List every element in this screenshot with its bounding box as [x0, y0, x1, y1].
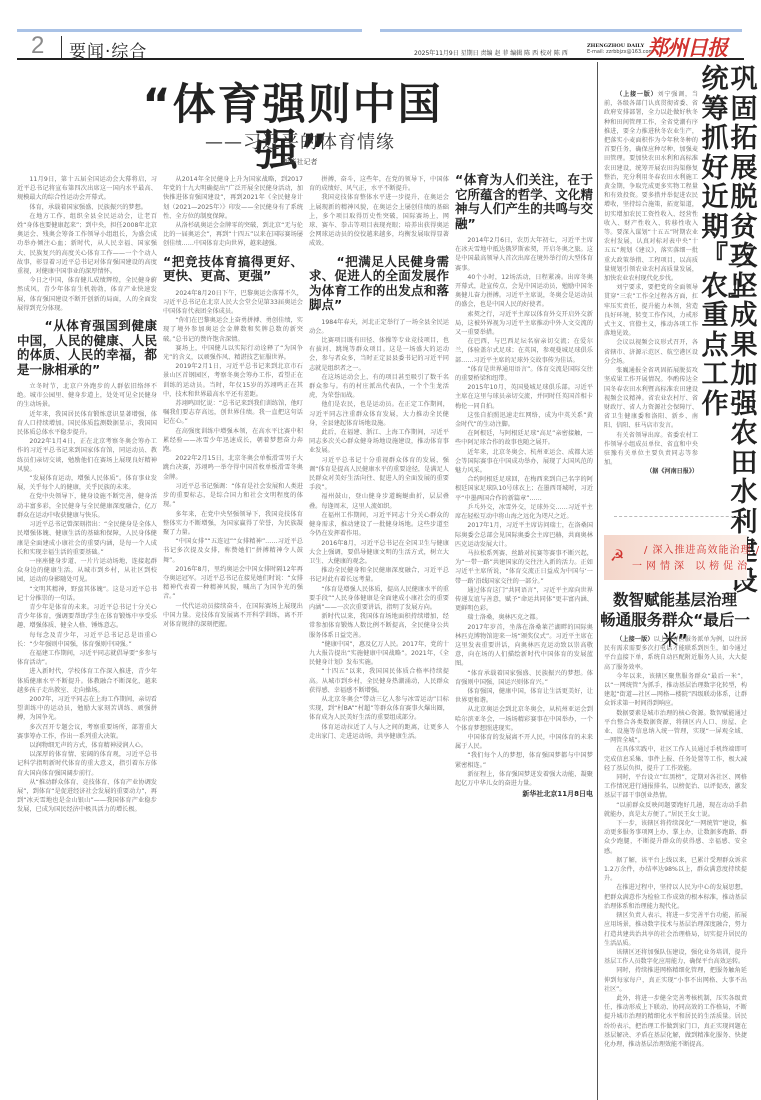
paragraph: 合约阿根廷足球回，在梅西来到自己名字的阿根廷国家足球队10号球衣上；在墨西哥城时…	[455, 475, 593, 503]
page-header: 2 要闻·综合 2025年11月9日 星期日 责编 赵 菲 编辑 陈 西 校对 …	[17, 34, 744, 56]
paragraph: 体育，承载着国家强盛、民族振兴的梦想。	[17, 203, 157, 212]
paragraph: 下一步，该辖区将持续深化“一网统管”建设，推动更多服务事项网上办、掌上办，让数据…	[604, 819, 747, 856]
paragraph: 在福建工作期间，习近平同志就倡导要“多参与体育活动”。	[17, 649, 157, 667]
paragraph: 新时代以来，我国体育场地面积持续增加，经常参加体育锻炼人数比例不断提高，全民健身…	[309, 612, 449, 640]
paragraph: 2016年8月，习近平总书记在全国卫生与健康大会上强调，要倡导健康文明的生活方式…	[309, 539, 449, 567]
paragraph: “十四五”以来，我国国民体质合格率持续提高。从城市到乡村，全民健身热潮涌动，人民…	[309, 667, 449, 695]
article-column-2: 从2014年全民健身上升为国家战略，到2017年党的十九大明确提出“广泛开展全民…	[163, 175, 303, 1075]
header-bottom-rule	[17, 58, 744, 60]
paragraph: “中国女排”“五连冠”“女排精神”……习近平总书记多次提及女排，称赞她们“拼搏精…	[163, 537, 303, 565]
paragraph: “你们在巴黎奥运会上奋勇拼搏、勇创佳绩，实现了境外参加奥运会金牌数和奖牌总数的新…	[163, 316, 303, 344]
paragraph: 11月9日，第十五届全国运动会大幕将启，习近平总书记将宣布第四次出席这一国内水平…	[17, 175, 157, 203]
right-article-body: （上接一版）刘宁强调，当前，各级各部门认真贯彻省委、省政府安排部署，全力以赴做好…	[604, 90, 698, 477]
paragraph: 比赛项目既有田径、体操等专业竞技项目，也有拔河、跳绳等群众项目。这是一场盛大的运…	[309, 336, 449, 373]
paragraph: 2017年岁首，坐落在洛桑莱芒湖畔的国际奥林匹克博物馆迎来一场“颁奖仪式”。习近…	[455, 623, 593, 669]
section-subhead: “体育为人们关注，在于它所蕴含的哲学、文化精神与人们产生的共鸣与交融”	[455, 173, 593, 231]
paragraph: 多次召开专题会议，考察重要场所，部署重大赛事筹办工作，作出一系列重大决策。	[17, 723, 157, 741]
paragraph: 近年来，北京冬奥会、杭州亚运会、成都大运会等国际赛事在中国成功举办，展现了大国风…	[455, 448, 593, 476]
paragraph: 习近平总书记十分重视群众体育的发展，强调“体育是提高人民健康水平的重要途径，是满…	[309, 456, 449, 493]
paragraph: 在推进过程中，坚持以人民为中心的发展思想，把群众满意作为检验工作成效的根本标准，…	[604, 883, 747, 911]
paragraph: 习近平总书记曾深刻指出：“全民健身是全体人民增强体魄、健康生活的基础和保障，人民…	[17, 520, 157, 557]
paragraph: 2022年1月4日，正在北京考察冬奥会筹办工作的习近平总书记来到国家体育馆，同运…	[17, 437, 157, 474]
right-article2-body: （上接一版）以上门寻医服务派单为例，以往居民有需求需要多次打电话才能联系到医生，…	[604, 635, 747, 1065]
paragraph: 赛场上，中国健儿以实际行动诠释了“为国争光”的含义，以顽强作风、精湛技艺征服世界…	[163, 344, 303, 362]
paragraph: 辖区负责人表示，将进一步完善平台功能，拓展应用场景，推动数字技术与基层治理深度融…	[604, 911, 747, 948]
paragraph: 一代代运动员接续奋斗，在国际赛场上展现出中国力量。竞技体育发展离不开科学训练，离…	[163, 602, 303, 630]
paragraph: 以润物细无声的方式，体育精神浸润人心。	[17, 741, 157, 750]
paragraph: 我国竞技体育整体水平进一步提升，在奥运会上展现新的精神风貌，在奥运会上屡创佳绩的…	[309, 193, 449, 248]
paragraph: 此外，将进一步健全完善考核机制，压实各级责任，推动形成上下联动、协同高效的工作格…	[604, 994, 747, 1049]
paragraph: 进入新时代，学校体育工作深入推进，青少年体质健康水平不断提升。体教融合不断深化，…	[17, 667, 157, 695]
main-subheadline: ——习近平的体育情缘	[180, 128, 420, 154]
article-column-3: 拼搏，奋斗，这些年，在党的领导下，中国体育的成绩好、风气正，水平不断提升。 我国…	[309, 175, 449, 1075]
paragraph: 体育强国，健康中国，体育让生活更美好，让世界更和谐。	[455, 687, 593, 705]
section-subhead: “把满足人民健身需求、促进人的全面发展作为体育工作的出发点和落脚点”	[309, 255, 449, 313]
paragraph: 习近平总书记强调：“体育是社会发展和人类进步的重要标志，是综合国力和社会文明程度…	[163, 482, 303, 510]
paragraph: 一座座健身步道、一片片运动场地，连接起群众身边的健康生活。从城市到乡村，从社区到…	[17, 557, 157, 585]
paragraph: 以深厚的体育情、宏阔的体育观，习近平总书记科学指明新时代体育的重大意义，指引着东…	[17, 750, 157, 778]
paragraph: 今年以来，该辖区聚焦服务群众“最后一米”，以“一网统管”为抓手，推动基层治理数字…	[604, 672, 747, 709]
paragraph: 他们是农民，也是运动员。在正定工作期间，习近平同志注重群众体育发展，大力推动全民…	[309, 400, 449, 428]
paragraph: 体育运动拉近了人与人之间的距离，让更多人走出家门、走进运动场，共享健康生活。	[309, 723, 449, 741]
paragraph: （上接一版）刘宁强调，当前，各级各部门认真贯彻省委、省政府安排部署，全力以赴做好…	[604, 90, 698, 283]
paragraph: 在巴西，与巴西足坛名宿亲切交流；在爱尔兰，体验盖尔式足球；在英国，参观曼城足球俱…	[455, 337, 593, 365]
paragraph: 数据要素是城市治理的核心资源。数智赋能通过平台整合各类数据资源，将辖区内人口、房…	[604, 709, 747, 746]
paragraph: 该辖区还将加强队伍建设，强化业务培训，提升基层工作人员数字化应用能力，确保平台高…	[604, 948, 747, 966]
paragraph: 在福州工作期间，习近平同志十分关心群众的健身需求，推动建设了一批健身场地。这些步…	[309, 511, 449, 539]
paragraph: “文明其精神，野蛮其体魄”。这是习近平总书记十分推崇的一句话。	[17, 585, 157, 603]
paragraph: 2022年2月15日，北京冬奥会单板滑雪男子大跳台决赛，苏翊鸣一举夺得中国首枚单…	[163, 454, 303, 482]
page-number: 2	[31, 34, 44, 58]
section-subhead: “从体育强国到健康中国，人民的健康、人民的体质、人民的幸福，都是一脉相承的”	[17, 319, 157, 377]
paragraph: 2016年8月，里约奥运会中国女排时隔12年再夺奥运冠军。习近平总书记在接见她们…	[163, 565, 303, 602]
paragraph: “我们每个人的梦想，体育强国梦都与中国梦紧密相连。”	[455, 751, 593, 769]
paragraph: 多年来，在党中央坚强领导下，我国竞技体育整体实力不断增强，为国家赢得了荣誉，为民…	[163, 510, 303, 538]
paragraph: 同时，平台设立“红黑榜”，定期对各社区、网格工作情况进行通报排名，以榜促治、以评…	[604, 773, 747, 801]
paragraph: 张巍通报全省巩固拓展脱贫攻坚成果工作开展情况。李酌传达全国冬春农田水利暨高标准农…	[604, 366, 698, 430]
headline-line-sub: 统筹抓好近期『三农』重点工作	[701, 65, 729, 419]
paragraph: 青少年是体育的未来。习近平总书记十分关心青少年体育，强调要帮助学生在体育锻炼中享…	[17, 603, 157, 631]
paragraph: 在高强度训练中增强本领，在高水平比赛中积累经验——冰雪少年迅速成长，朝着梦想奋力…	[163, 427, 303, 455]
paragraph: 在阿根廷，与阿根廷足球“高足”亲密接触，一些中阿足球合作的故事也随之展开。	[455, 429, 593, 447]
party-emblem-icon: ☭	[610, 547, 628, 565]
paragraph: 从洛杉矶奥运会金牌零的突破，到北京“无与伦比的一届奥运会”，再到“十四五”以来在…	[163, 221, 303, 249]
continued-label: （上接一版）	[616, 91, 657, 98]
article-column-1: 11月9日，第十五届全国运动会大幕将启，习近平总书记将宣布第四次出席这一国内水平…	[17, 175, 157, 1075]
continued-label: （上接一版）	[616, 636, 653, 643]
paragraph: “健康中国”，惠及亿万人民。2017年，党的十九大报告提出“实施健康中国战略”。…	[309, 640, 449, 668]
paragraph: 索契之行，习近平主席以体育外交开启外交新局，这被外界视为习近平主席推动中外人文交…	[455, 310, 593, 338]
paragraph: 从“推动群众体育、竞技体育、体育产业协调发展”，到体育“是促进经济社会发展的重要…	[17, 778, 157, 815]
header-divider	[61, 36, 62, 58]
paragraph: 每每念及青少年，习近平总书记总是语重心长：“少年强则中国强，体育强则中国强。”	[17, 631, 157, 649]
paragraph: 2017年1月，习近平主席访问瑞士，在洛桑国际奥委会总部会见国际奥委会主席巴赫，…	[455, 521, 593, 549]
paragraph: 此后，在福建、浙江、上海工作期间，习近平同志多次关心群众健身场地设施建设，推动体…	[309, 428, 449, 456]
paragraph: 有关省领导出席。省委农村工作领导小组成员单位、省直和中央驻豫有关单位主要负责同志…	[604, 431, 698, 468]
header-rule-left	[17, 29, 362, 32]
paragraph: 2015年10月，英国曼城足球俱乐部。习近平主席在这里与球员亲切交流，并同时任英…	[455, 383, 593, 411]
paragraph: 从2014年全民健身上升为国家战略，到2017年党的十九大明确提出“广泛开展全民…	[163, 175, 303, 221]
paragraph: 马拉松系列赛、丝路对抗赛等赛事不断兴起，为“一带一路”共建国家的交往注入新的活力…	[455, 549, 593, 586]
paragraph: 中国体育的发展离不开人民，中国体育的未来属于人民。	[455, 733, 593, 751]
paragraph: 近年来，我国居民体育锻炼意识显著增强，体育人口持续增加。国民体质监测数据显示，我…	[17, 410, 157, 438]
paragraph: 通过体育这门“共同语言”，习近平主席向世界传递友谊与善意，赋予“命运共同体”更丰…	[455, 586, 593, 614]
banner-line-2: 一网情深 以榜促治	[632, 557, 751, 572]
paragraph: 这张自拍照迅速走红网络，成为中英关系“黄金时代”的生动注脚。	[455, 411, 593, 429]
source-credit: （据《河南日报》）	[604, 467, 698, 476]
paragraph: 会议以视频会议形式召开，各省辖市、济源示范区、航空港区设分会场。	[604, 338, 698, 366]
paragraph: 乒乓外交，冰雪外交，足球外交……习近平主席在轻松互动中将山海之远化为咫尺之近。	[455, 503, 593, 521]
paragraph: 1984年春天，河北正定举行了一场全县全民运动会。	[309, 318, 449, 336]
paragraph: 从北京奥运会到北京冬奥会，从杭州亚运会到哈尔滨亚冬会，一场场精彩赛事在中国举办，…	[455, 705, 593, 733]
paragraph: （上接一版）以上门寻医服务派单为例，以往居民有需求需要多次打电话才能联系到医生，…	[604, 635, 747, 672]
byline: 新华社记者	[250, 157, 350, 167]
paragraph: “体育是世界通用语言”。体育交流是国际交往的重要桥梁和纽带。	[455, 365, 593, 383]
paragraph: 在地方工作，组织全县全民运动会，让老百姓“身体也要健康起来”；到中央，担任200…	[17, 212, 157, 276]
paragraph: “体育承载着国家强盛、民族振兴的梦想。体育强则中国强，国运兴则体育兴。”	[455, 669, 593, 687]
right-article-headline: 巩固拓展脱贫攻坚成果 加强农田水利建设 统筹抓好近期『三农』重点工作	[700, 65, 758, 495]
paragraph: “以前群众反映问题要跑好几趟，现在动动手指就能办，真是太方便了。”居民王女士说。	[604, 801, 747, 819]
paragraph: 在具体实践中，社区工作人员通过手机终端即可完成信息采集、事件上报、任务处置等工作…	[604, 745, 747, 773]
email-line: E-mail: zzrbbjzx@163.com	[587, 49, 653, 55]
paragraph: 2024年8月20日下午，巴黎奥运会落幕不久，习近平总书记在北京人民大会堂会见第…	[163, 289, 303, 317]
dateline: 新华社北京11月8日电	[455, 790, 593, 799]
paragraph: 刘宁要求，要把党的全面领导贯穿“三农”工作全过程各方面，扛牢压实责任，提升能力本…	[604, 283, 698, 338]
paragraph: 在这场运动会上，有的项目甚至吸引了数千名群众参与。有的村庄派出代表队，一个个生龙…	[309, 373, 449, 401]
paragraph: 从北京冬奥会“带动三亿人参与冰雪运动”目标实现，到“村BA”“村超”等群众体育赛…	[309, 695, 449, 723]
paragraph: 今日之中国，体育健儿成绩辉煌，全民健身蔚然成风，青少年体育生机勃勃，体育产业快速…	[17, 276, 157, 313]
paragraph: 苏翊鸣回忆说：“总书记来到我们训练馆，他叮嘱我们要志存高远，创世界佳绩。我一直把…	[163, 399, 303, 427]
paragraph: 推动全民健身和全民健康深度融合，习近平总书记对此有着长远考量。	[309, 566, 449, 584]
paragraph: 新征程上，体育强国梦迸发着强大动能，凝聚起亿万中华儿女的奋进力量。	[455, 770, 593, 788]
banner-line-1: / 深入推进高效能治理 /	[644, 541, 760, 556]
paragraph: “体育是增强人民体质，提高人民健康水平的重要手段”“人民身体健康是全面建成小康社…	[309, 585, 449, 613]
column-divider	[597, 62, 598, 1100]
paragraph: 2007年，习近平同志在上海工作期间，亲切看望训练中的运动员，勉励大家刻苦训练、…	[17, 695, 157, 723]
paragraph: 福州鼓山，登山健身步道蜿蜒曲折，层层叠叠。每逢周末，这里人流如织。	[309, 492, 449, 510]
article-separator	[614, 516, 744, 517]
paragraph: 立冬时节，北京户外跑步的人群依旧络绎不绝。城市公园里、健身步道上，处处可见全民健…	[17, 382, 157, 410]
column-banner: ☭ / 深入推进高效能治理 / 一网情深 以榜促治	[604, 535, 747, 580]
paragraph: 同时，持续推进网格精细化管理，把服务触角延伸到每家每户，真正实现“小事不出网格、…	[604, 966, 747, 994]
paragraph: 据了解，该平台上线以来，已累计受理群众诉求1.2万余件，办结率达98%以上，群众…	[604, 856, 747, 884]
paragraph: 瑞士洛桑，奥林匹克之都。	[455, 613, 593, 622]
date-editor-line: 2025年11月9日 星期日 责编 赵 菲 编辑 陈 西 校对 陈 西	[414, 48, 568, 57]
paragraph: 在党中央领导下，健身设施不断完善，健身活动丰富多彩，全民健身与全民健康深度融合，…	[17, 492, 157, 520]
paragraph: 2019年2月1日，习近平总书记来到北京市石景山区首钢园区，考察冬奥会筹办工作，…	[163, 362, 303, 399]
headline-line-1: 数智赋能基层治理	[600, 590, 750, 610]
section-subhead: “把竞技体育搞得更好、更快、更高、更强”	[163, 255, 303, 284]
paragraph: 拼搏，奋斗，这些年，在党的领导下，中国体育的成绩好、风气正，水平不断提升。	[309, 175, 449, 193]
paragraph: “发展体育运动，增强人民体质”。体育事业发展，关乎每个人的健康，关乎民族的未来。	[17, 474, 157, 492]
paragraph: 40个小时，12场活动，日程紧凑。出席冬奥开幕式，赴宣传点，会见中国运动员，勉励…	[455, 273, 593, 310]
article-column-4: “体育为人们关注，在于它所蕴含的哲学、文化精神与人们产生的共鸣与交融” 2014…	[455, 167, 593, 1057]
paragraph: 2014年2月6日，农历大年初七，习近平主席在冰天雪地中抵达俄罗斯索契，开启冬奥…	[455, 236, 593, 273]
